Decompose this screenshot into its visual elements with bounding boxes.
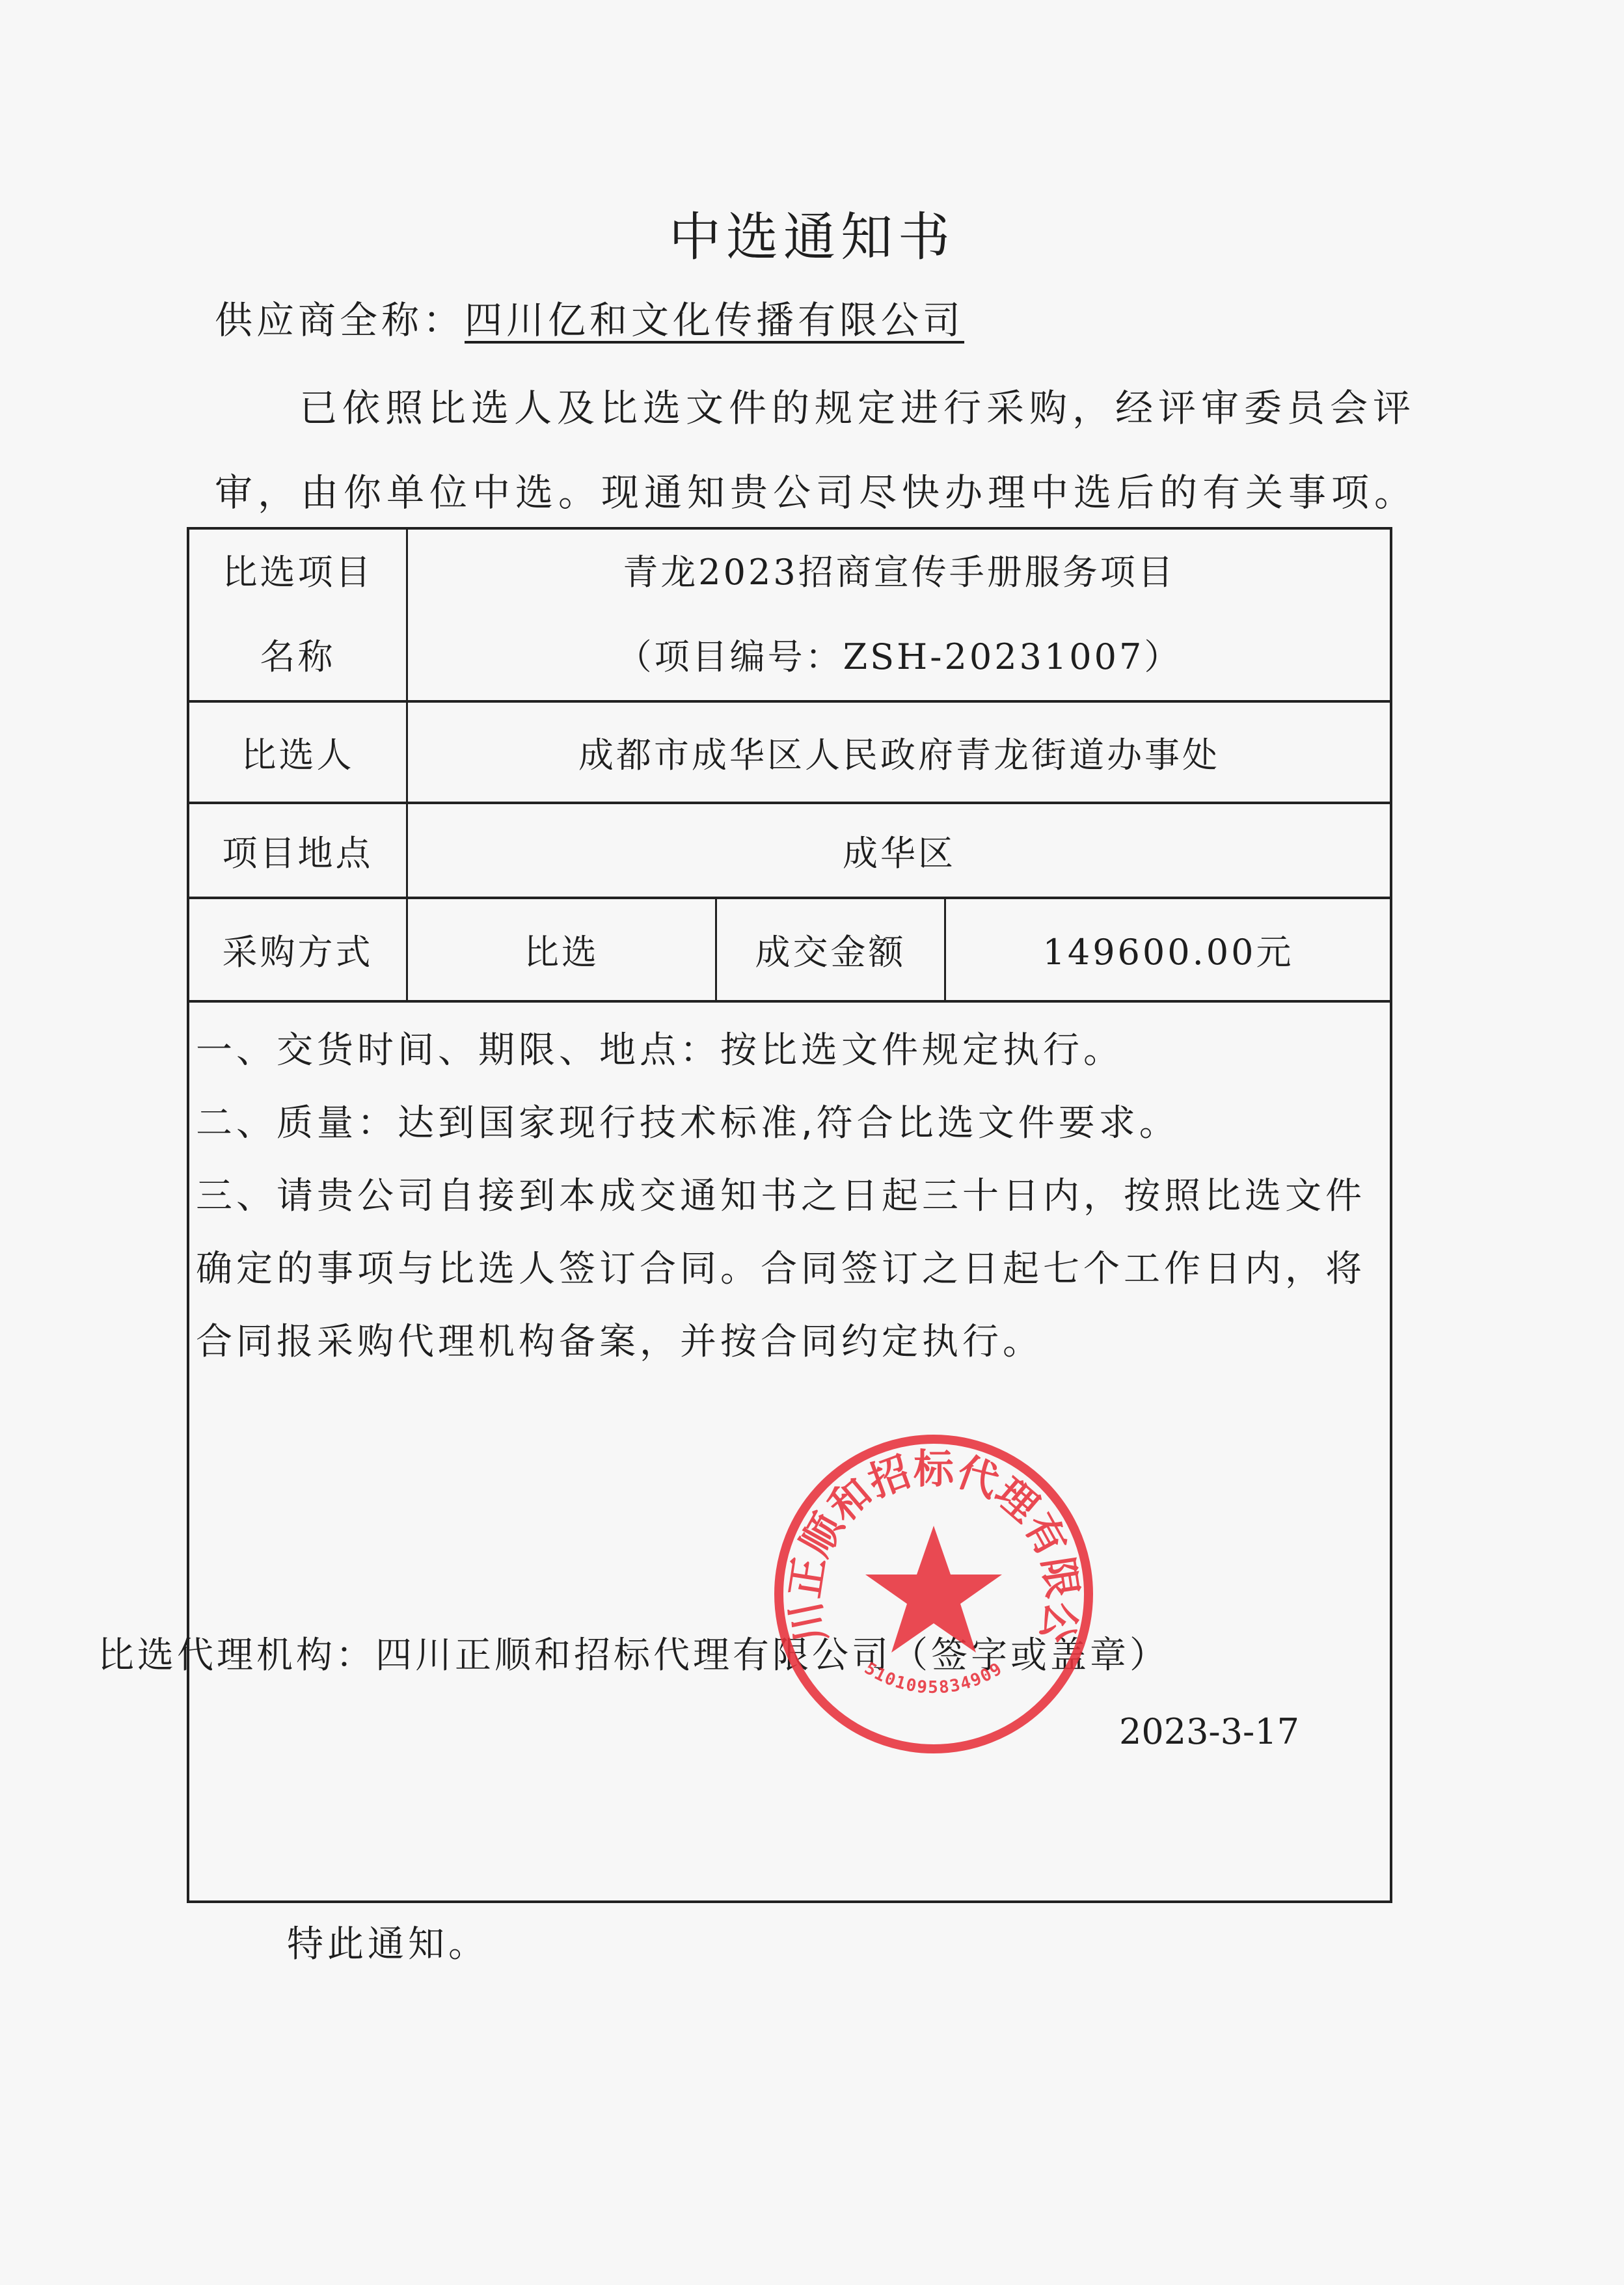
purchaser-value: 成都市成华区人民政府青龙街道办事处 xyxy=(578,727,1220,777)
amount-value: 149600.00元 xyxy=(1042,925,1293,975)
amount-label: 成交金额 xyxy=(755,925,906,975)
supplier-label: 供应商全称： xyxy=(215,298,465,342)
method-value-cell: 比选 xyxy=(408,899,715,1000)
location-label-cell: 项目地点 xyxy=(189,804,406,897)
row-divider xyxy=(189,1000,1390,1003)
notice-table: 比选项目 名称 青龙2023招商宣传手册服务项目 （项目编号：ZSH-20231… xyxy=(187,527,1392,1903)
location-value: 成华区 xyxy=(843,826,956,876)
location-value-cell: 成华区 xyxy=(408,804,1390,897)
intro-line-2: 审，由你单位中选。现通知贵公司尽快办理中选后的有关事项。 xyxy=(215,462,1417,517)
project-name: 青龙2023招商宣传手册服务项目 xyxy=(623,530,1175,615)
supplier-name: 四川亿和文化传播有限公司 xyxy=(465,298,964,342)
agency-signature-line: 比选代理机构：四川正顺和招标代理有限公司（签字或盖章） xyxy=(98,1627,1169,1679)
amount-label-cell: 成交金额 xyxy=(717,899,944,1000)
supplier-line: 供应商全称：四川亿和文化传播有限公司 xyxy=(215,290,964,344)
location-label: 项目地点 xyxy=(223,826,373,876)
project-label-line1: 比选项目 xyxy=(223,530,373,615)
term-item: 一、交货时间、期限、地点：按比选文件规定执行。 xyxy=(196,1014,1366,1087)
amount-value-cell: 149600.00元 xyxy=(946,899,1390,1000)
project-number: （项目编号：ZSH-20231007） xyxy=(617,615,1182,699)
issue-date: 2023-3-17 xyxy=(1119,1711,1299,1752)
closing-text: 特此通知。 xyxy=(287,1915,489,1967)
method-value: 比选 xyxy=(524,925,599,975)
project-name-cell: 青龙2023招商宣传手册服务项目 （项目编号：ZSH-20231007） xyxy=(408,530,1390,700)
term-item: 合同报采购代理机构备案，并按合同约定执行。 xyxy=(196,1306,1366,1379)
method-label: 采购方式 xyxy=(223,925,373,975)
intro-line-1: 已依照比选人及比选文件的规定进行采购，经评审委员会评 xyxy=(299,377,1416,432)
project-label-cell: 比选项目 名称 xyxy=(189,530,406,700)
term-item: 二、质量：达到国家现行技术标准,符合比选文件要求。 xyxy=(196,1087,1366,1160)
term-item: 确定的事项与比选人签订合同。合同签订之日起七个工作日内，将 xyxy=(196,1233,1366,1306)
term-item: 三、请贵公司自接到本成交通知书之日起三十日内，按照比选文件 xyxy=(196,1160,1366,1233)
document-title: 中选通知书 xyxy=(0,195,1624,270)
purchaser-label: 比选人 xyxy=(241,727,355,777)
project-label-line2: 名称 xyxy=(260,615,336,699)
purchaser-label-cell: 比选人 xyxy=(189,703,406,802)
terms-list: 一、交货时间、期限、地点：按比选文件规定执行。 二、质量：达到国家现行技术标准,… xyxy=(196,1014,1366,1379)
method-label-cell: 采购方式 xyxy=(189,899,406,1000)
purchaser-value-cell: 成都市成华区人民政府青龙街道办事处 xyxy=(408,703,1390,802)
